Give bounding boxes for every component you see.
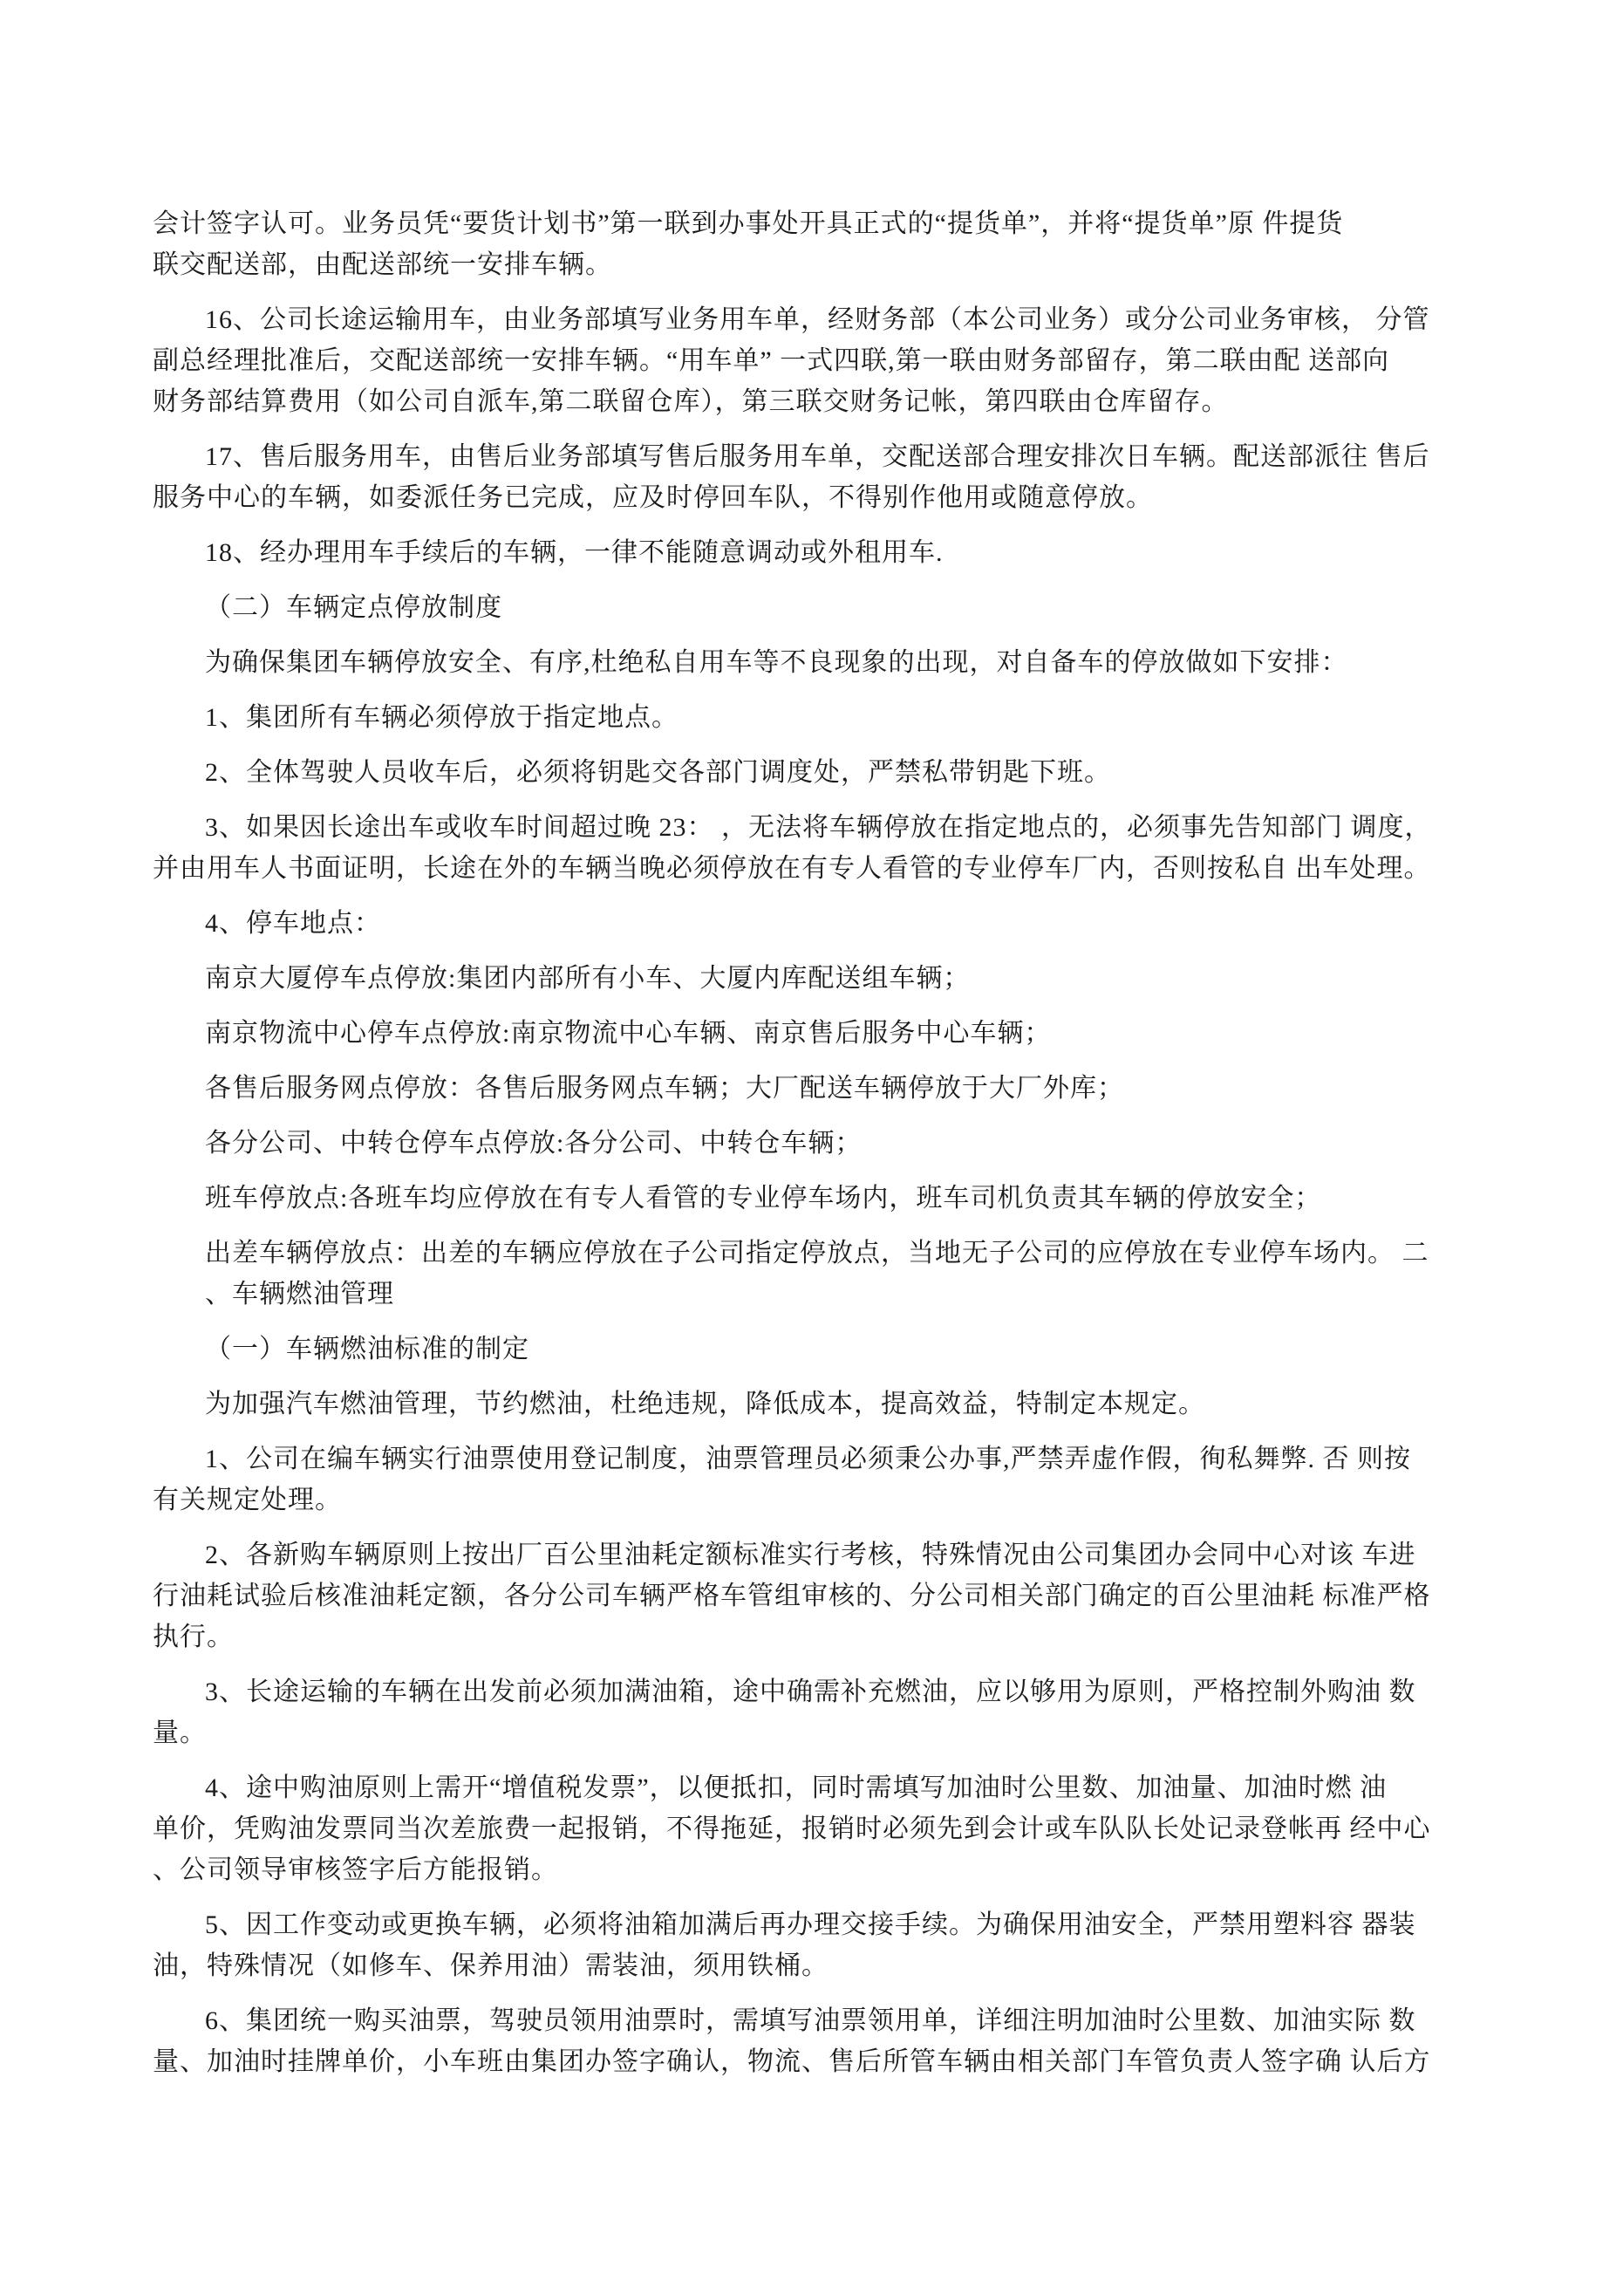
paragraph: 18、经办理用车手续后的车辆，一律不能随意调动或外租用车. bbox=[153, 532, 1487, 573]
text-line: 1、公司在编车辆实行油票使用登记制度，油票管理员必须秉公办事,严禁弄虚作假，徇私… bbox=[153, 1438, 1487, 1479]
text-line: 油，特殊情况（如修车、保养用油）需装油，须用铁桶。 bbox=[153, 1945, 1487, 1986]
paragraph: （二）车辆定点停放制度 bbox=[153, 587, 1487, 628]
text-line: 量。 bbox=[153, 1712, 1487, 1753]
text-line: 副总经理批准后，交配送部统一安排车辆。“用车单” 一式四联,第一联由财务部留存，… bbox=[153, 340, 1487, 381]
text-line: 南京大厦停车点停放:集团内部所有小车、大厦内库配送组车辆； bbox=[153, 958, 1487, 999]
paragraph: 为加强汽车燃油管理，节约燃油，杜绝违规，降低成本，提高效益，特制定本规定。 bbox=[153, 1384, 1487, 1425]
text-line: 财务部结算费用（如公司自派车,第二联留仓库），第三联交财务记帐，第四联由仓库留存… bbox=[153, 381, 1487, 422]
paragraph: 2、各新购车辆原则上按出厂百公里油耗定额标准实行考核，特殊情况由公司集团办会同中… bbox=[153, 1534, 1487, 1657]
text-line: 服务中心的车辆，如委派任务已完成，应及时停回车队，不得别作他用或随意停放。 bbox=[153, 477, 1487, 518]
paragraph: 1、公司在编车辆实行油票使用登记制度，油票管理员必须秉公办事,严禁弄虚作假，徇私… bbox=[153, 1438, 1487, 1520]
text-line: 18、经办理用车手续后的车辆，一律不能随意调动或外租用车. bbox=[153, 532, 1487, 573]
paragraph: 5、因工作变动或更换车辆，必须将油箱加满后再办理交接手续。为确保用油安全，严禁用… bbox=[153, 1904, 1487, 1986]
document-body: 会计签字认可。业务员凭“要货计划书”第一联到办事处开具正式的“提货单”，并将“提… bbox=[153, 203, 1487, 2096]
text-line: 出差车辆停放点：出差的车辆应停放在子公司指定停放点，当地无子公司的应停放在专业停… bbox=[153, 1233, 1487, 1274]
paragraph: 3、如果因长途出车或收车时间超过晚 23： ，无法将车辆停放在指定地点的，必须事… bbox=[153, 807, 1487, 889]
text-line: 执行。 bbox=[153, 1616, 1487, 1657]
text-line: （二）车辆定点停放制度 bbox=[153, 587, 1487, 628]
text-line: 2、全体驾驶人员收车后，必须将钥匙交各部门调度处，严禁私带钥匙下班。 bbox=[153, 752, 1487, 793]
text-line: 17、售后服务用车，由售后业务部填写售后服务用车单，交配送部合理安排次日车辆。配… bbox=[153, 436, 1487, 477]
text-line: 各售后服务网点停放：各售后服务网点车辆；大厂配送车辆停放于大厂外库； bbox=[153, 1068, 1487, 1109]
paragraph: 出差车辆停放点：出差的车辆应停放在子公司指定停放点，当地无子公司的应停放在专业停… bbox=[153, 1233, 1487, 1315]
paragraph: 1、集团所有车辆必须停放于指定地点。 bbox=[153, 697, 1487, 738]
paragraph: 2、全体驾驶人员收车后，必须将钥匙交各部门调度处，严禁私带钥匙下班。 bbox=[153, 752, 1487, 793]
text-line: 2、各新购车辆原则上按出厂百公里油耗定额标准实行考核，特殊情况由公司集团办会同中… bbox=[153, 1534, 1487, 1575]
text-line: 班车停放点:各班车均应停放在有专人看管的专业停车场内，班车司机负责其车辆的停放安… bbox=[153, 1178, 1487, 1219]
paragraph: 会计签字认可。业务员凭“要货计划书”第一联到办事处开具正式的“提货单”，并将“提… bbox=[153, 203, 1487, 285]
text-line: 会计签字认可。业务员凭“要货计划书”第一联到办事处开具正式的“提货单”，并将“提… bbox=[153, 203, 1487, 244]
paragraph: 17、售后服务用车，由售后业务部填写售后服务用车单，交配送部合理安排次日车辆。配… bbox=[153, 436, 1487, 518]
paragraph: 为确保集团车辆停放安全、有序,杜绝私自用车等不良现象的出现，对自备车的停放做如下… bbox=[153, 642, 1487, 683]
paragraph: 16、公司长途运输用车，由业务部填写业务用车单，经财务部（本公司业务）或分公司业… bbox=[153, 299, 1487, 422]
paragraph: 4、途中购油原则上需开“增值税发票”，以便抵扣，同时需填写加油时公里数、加油量、… bbox=[153, 1767, 1487, 1890]
text-line: 4、途中购油原则上需开“增值税发票”，以便抵扣，同时需填写加油时公里数、加油量、… bbox=[153, 1767, 1487, 1808]
text-line: 单价，凭购油发票同当次差旅费一起报销，不得拖延，报销时必须先到会计或车队队长处记… bbox=[153, 1808, 1487, 1849]
text-line: 3、长途运输的车辆在出发前必须加满油箱，途中确需补充燃油，应以够用为原则，严格控… bbox=[153, 1671, 1487, 1712]
text-line: 1、集团所有车辆必须停放于指定地点。 bbox=[153, 697, 1487, 738]
paragraph: 3、长途运输的车辆在出发前必须加满油箱，途中确需补充燃油，应以够用为原则，严格控… bbox=[153, 1671, 1487, 1753]
text-line: 6、集团统一购买油票，驾驶员领用油票时，需填写油票领用单，详细注明加油时公里数、… bbox=[153, 2000, 1487, 2041]
text-line: 南京物流中心停车点停放:南京物流中心车辆、南京售后服务中心车辆； bbox=[153, 1013, 1487, 1054]
paragraph: 南京物流中心停车点停放:南京物流中心车辆、南京售后服务中心车辆； bbox=[153, 1013, 1487, 1054]
paragraph: 6、集团统一购买油票，驾驶员领用油票时，需填写油票领用单，详细注明加油时公里数、… bbox=[153, 2000, 1487, 2082]
text-line: 有关规定处理。 bbox=[153, 1479, 1487, 1520]
text-line: 、公司领导审核签字后方能报销。 bbox=[153, 1849, 1487, 1890]
text-line: （一）车辆燃油标准的制定 bbox=[153, 1329, 1487, 1370]
text-line: 各分公司、中转仓停车点停放:各分公司、中转仓车辆； bbox=[153, 1123, 1487, 1164]
text-line: 行油耗试验后核准油耗定额，各分公司车辆严格车管组审核的、分公司相关部门确定的百公… bbox=[153, 1575, 1487, 1616]
paragraph: （一）车辆燃油标准的制定 bbox=[153, 1329, 1487, 1370]
paragraph: 4、停车地点： bbox=[153, 903, 1487, 944]
text-line: 并由用车人书面证明，长途在外的车辆当晚必须停放在有专人看管的专业停车厂内，否则按… bbox=[153, 848, 1487, 889]
text-line: 4、停车地点： bbox=[153, 903, 1487, 944]
text-line: 3、如果因长途出车或收车时间超过晚 23： ，无法将车辆停放在指定地点的，必须事… bbox=[153, 807, 1487, 848]
text-line: 16、公司长途运输用车，由业务部填写业务用车单，经财务部（本公司业务）或分公司业… bbox=[153, 299, 1487, 340]
document-page: 会计签字认可。业务员凭“要货计划书”第一联到办事处开具正式的“提货单”，并将“提… bbox=[0, 0, 1623, 2296]
paragraph: 南京大厦停车点停放:集团内部所有小车、大厦内库配送组车辆； bbox=[153, 958, 1487, 999]
paragraph: 班车停放点:各班车均应停放在有专人看管的专业停车场内，班车司机负责其车辆的停放安… bbox=[153, 1178, 1487, 1219]
text-line: 为加强汽车燃油管理，节约燃油，杜绝违规，降低成本，提高效益，特制定本规定。 bbox=[153, 1384, 1487, 1425]
text-line: 、车辆燃油管理 bbox=[153, 1274, 1487, 1315]
text-line: 为确保集团车辆停放安全、有序,杜绝私自用车等不良现象的出现，对自备车的停放做如下… bbox=[153, 642, 1487, 683]
text-line: 联交配送部，由配送部统一安排车辆。 bbox=[153, 244, 1487, 285]
text-line: 5、因工作变动或更换车辆，必须将油箱加满后再办理交接手续。为确保用油安全，严禁用… bbox=[153, 1904, 1487, 1945]
text-line: 量、加油时挂牌单价，小车班由集团办签字确认，物流、售后所管车辆由相关部门车管负责… bbox=[153, 2041, 1487, 2082]
paragraph: 各分公司、中转仓停车点停放:各分公司、中转仓车辆； bbox=[153, 1123, 1487, 1164]
paragraph: 各售后服务网点停放：各售后服务网点车辆；大厂配送车辆停放于大厂外库； bbox=[153, 1068, 1487, 1109]
